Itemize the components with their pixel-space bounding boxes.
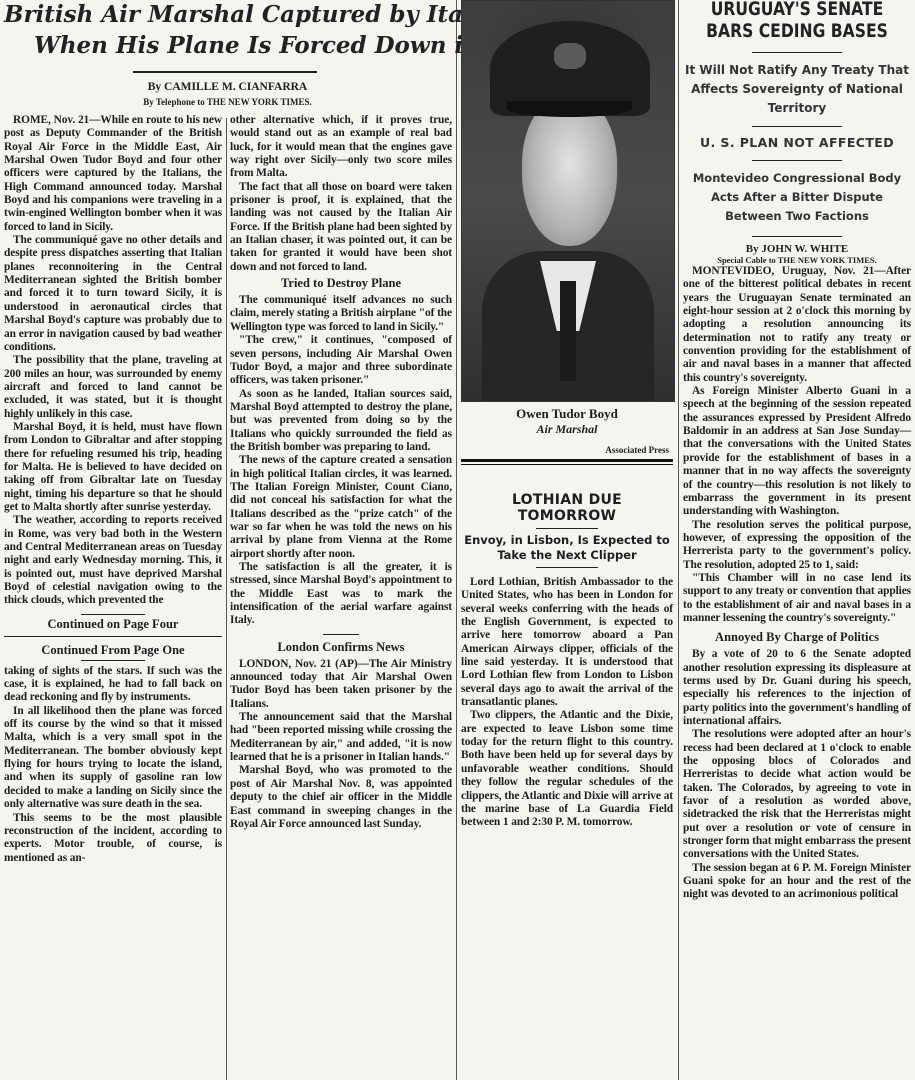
divider bbox=[4, 636, 222, 637]
paragraph: "This Chamber will in no case lend its s… bbox=[683, 572, 911, 625]
photo-credit: Associated Press bbox=[461, 445, 673, 455]
main-story-header: British Air Marshal Captured by Italians… bbox=[0, 0, 455, 110]
main-story-column-2: other alternative which, if it proves tr… bbox=[230, 114, 452, 831]
subhead-london-confirms-news: London Confirms News bbox=[230, 640, 452, 655]
paragraph: The fact that all those on board were ta… bbox=[230, 181, 452, 274]
continued-on-label[interactable]: Continued on Page Four bbox=[4, 617, 222, 632]
main-story-column-1: ROME, Nov. 21—While en route to his new … bbox=[4, 114, 222, 865]
divider bbox=[323, 634, 359, 635]
paragraph: other alternative which, if it proves tr… bbox=[230, 114, 452, 181]
uruguay-headline-line-1: URUGUAY'S SENATE bbox=[704, 0, 891, 20]
photo-visor bbox=[507, 101, 632, 117]
paragraph: Marshal Boyd, it is held, must have flow… bbox=[4, 421, 222, 514]
divider bbox=[461, 459, 673, 462]
divider bbox=[752, 160, 842, 161]
headline-rule bbox=[133, 71, 317, 73]
uruguay-deck-1: It Will Not Ratify Any Treaty That Affec… bbox=[683, 61, 911, 118]
divider bbox=[461, 464, 673, 465]
uruguay-byline: By JOHN W. WHITE bbox=[683, 243, 911, 255]
divider bbox=[81, 660, 145, 661]
divider bbox=[536, 528, 598, 529]
divider bbox=[81, 614, 145, 615]
paragraph: The communiqué itself advances no such c… bbox=[230, 294, 452, 334]
continued-from-label[interactable]: Continued From Page One bbox=[4, 643, 222, 658]
caption-title: Air Marshal bbox=[461, 422, 673, 437]
paragraph: The resolution serves the political purp… bbox=[683, 519, 911, 572]
paragraph: The session began at 6 P. M. Foreign Min… bbox=[683, 862, 911, 902]
photo-face bbox=[522, 96, 617, 246]
divider bbox=[536, 567, 598, 568]
paragraph: This seems to be the most plausible reco… bbox=[4, 812, 222, 865]
divider bbox=[752, 126, 842, 127]
divider bbox=[752, 52, 842, 53]
portrait-photo bbox=[461, 0, 675, 402]
paragraph: Two clippers, the Atlantic and the Dixie… bbox=[461, 709, 673, 829]
photo-caption: Owen Tudor Boyd Air Marshal Associated P… bbox=[461, 402, 673, 480]
divider bbox=[752, 236, 842, 237]
paragraph: LONDON, Nov. 21 (AP)—The Air Ministry an… bbox=[230, 658, 452, 711]
headline-line-1: British Air Marshal Captured by Italians bbox=[4, 0, 525, 30]
cap-badge-icon bbox=[554, 43, 586, 69]
uruguay-headline-line-2: BARS CEDING BASES bbox=[704, 20, 891, 42]
subhead-annoyed-by-charge: Annoyed By Charge of Politics bbox=[683, 630, 911, 645]
paragraph: MONTEVIDEO, Uruguay, Nov. 21—After one o… bbox=[683, 265, 911, 385]
paragraph: Lord Lothian, British Ambassador to the … bbox=[461, 576, 673, 709]
paragraph: The possibility that the plane, travelin… bbox=[4, 354, 222, 421]
paragraph: The communiqué gave no other details and… bbox=[4, 234, 222, 354]
lothian-story: LOTHIAN DUE TOMORROW Envoy, in Lisbon, I… bbox=[461, 486, 673, 830]
paragraph: As Foreign Minister Alberto Guani in a s… bbox=[683, 385, 911, 518]
column-rule bbox=[226, 118, 227, 1080]
byline: By CAMILLE M. CIANFARRA bbox=[0, 81, 455, 93]
paragraph: ROME, Nov. 21—While en route to his new … bbox=[4, 114, 222, 234]
paragraph: The announcement said that the Marshal h… bbox=[230, 711, 452, 764]
uruguay-credit: Special Cable to THE NEW YORK TIMES. bbox=[683, 255, 911, 265]
lothian-headline: LOTHIAN DUE TOMORROW bbox=[461, 492, 673, 524]
paragraph: By a vote of 20 to 6 the Senate adopted … bbox=[683, 648, 911, 728]
paragraph: The resolutions were adopted after an ho… bbox=[683, 728, 911, 861]
caption-name: Owen Tudor Boyd bbox=[461, 406, 673, 422]
uruguay-deck-2: U. S. PLAN NOT AFFECTED bbox=[683, 135, 911, 150]
paragraph: As soon as he landed, Italian sources sa… bbox=[230, 388, 452, 455]
subhead-tried-to-destroy-plane: Tried to Destroy Plane bbox=[230, 276, 452, 291]
paragraph: The weather, according to reports receiv… bbox=[4, 514, 222, 607]
paragraph: The satisfaction is all the greater, it … bbox=[230, 561, 452, 628]
paragraph: taking of sights of the stars. If such w… bbox=[4, 665, 222, 705]
paragraph: In all likelihood then the plane was for… bbox=[4, 705, 222, 812]
photo-tie bbox=[560, 281, 576, 381]
column-rule bbox=[456, 0, 457, 1080]
lothian-deck: Envoy, in Lisbon, Is Expected to Take th… bbox=[461, 533, 673, 563]
paragraph: The news of the capture created a sensat… bbox=[230, 454, 452, 561]
column-rule bbox=[678, 0, 679, 1080]
paragraph: Marshal Boyd, who was promoted to the po… bbox=[230, 764, 452, 831]
paragraph: "The crew," it continues, "composed of s… bbox=[230, 334, 452, 387]
byline-credit: By Telephone to THE NEW YORK TIMES. bbox=[0, 97, 455, 107]
uruguay-story: URUGUAY'S SENATE BARS CEDING BASES It Wi… bbox=[683, 0, 911, 902]
uruguay-deck-3: Montevideo Congressional Body Acts After… bbox=[683, 169, 911, 226]
